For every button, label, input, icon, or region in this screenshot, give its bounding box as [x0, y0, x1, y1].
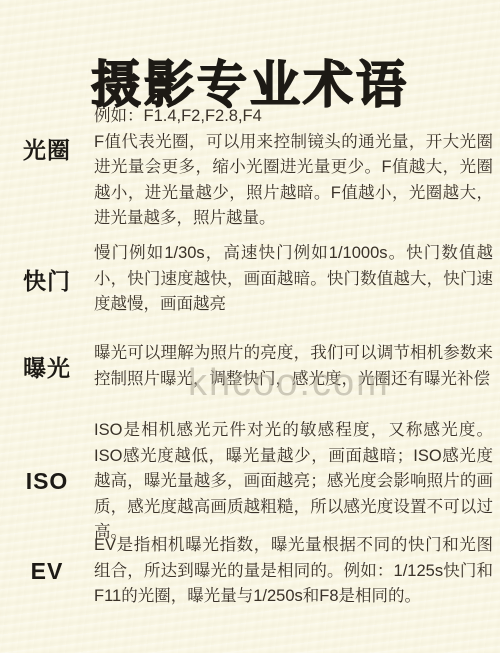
- term-row-ev: EV EV是指相机曝光指数，曝光量根据不同的快门和光图组合，所达到曝光的量是相同…: [0, 533, 500, 610]
- term-label-exposure: 曝光: [0, 350, 94, 383]
- term-label-iso: ISO: [0, 468, 94, 495]
- ev-description: EV是指相机曝光指数，曝光量根据不同的快门和光图组合，所达到曝光的量是相同的。例…: [94, 533, 500, 610]
- photography-terms-poster: 摄影专业术语 光圈 例如：F1.4,F2,F2.8,F4 F值代表光圈，可以用来…: [0, 0, 500, 653]
- term-row-iso: ISO ISO是相机感光元件对光的敏感程度，又称感光度。ISO感光度越低，曝光量…: [0, 418, 500, 546]
- term-row-exposure: 曝光 曝光可以理解为照片的亮度，我们可以调节相机参数来控制照片曝光，调整快门，感…: [0, 341, 500, 392]
- aperture-description: F值代表光圈，可以用来控制镜头的通光量，开大光圈进光量会更多，缩小光圈进光量更少…: [94, 130, 493, 232]
- shutter-description: 慢门例如1/30s，高速快门例如1/1000s。快门数值越小，快门速度越快，画面…: [94, 241, 500, 318]
- term-label-shutter: 快门: [0, 263, 94, 296]
- term-label-aperture: 光圈: [0, 132, 94, 165]
- term-row-shutter: 快门 慢门例如1/30s，高速快门例如1/1000s。快门数值越小，快门速度越快…: [0, 241, 500, 318]
- term-label-ev: EV: [0, 558, 94, 585]
- exposure-description: 曝光可以理解为照片的亮度，我们可以调节相机参数来控制照片曝光，调整快门，感光度，…: [94, 341, 500, 392]
- aperture-example-line: 例如：F1.4,F2,F2.8,F4: [94, 104, 493, 130]
- term-text-aperture: 例如：F1.4,F2,F2.8,F4 F值代表光圈，可以用来控制镜头的通光量，开…: [94, 104, 500, 232]
- term-row-aperture: 光圈 例如：F1.4,F2,F2.8,F4 F值代表光圈，可以用来控制镜头的通光…: [0, 104, 500, 232]
- iso-description: ISO是相机感光元件对光的敏感程度，又称感光度。ISO感光度越低，曝光量越少，画…: [94, 418, 500, 546]
